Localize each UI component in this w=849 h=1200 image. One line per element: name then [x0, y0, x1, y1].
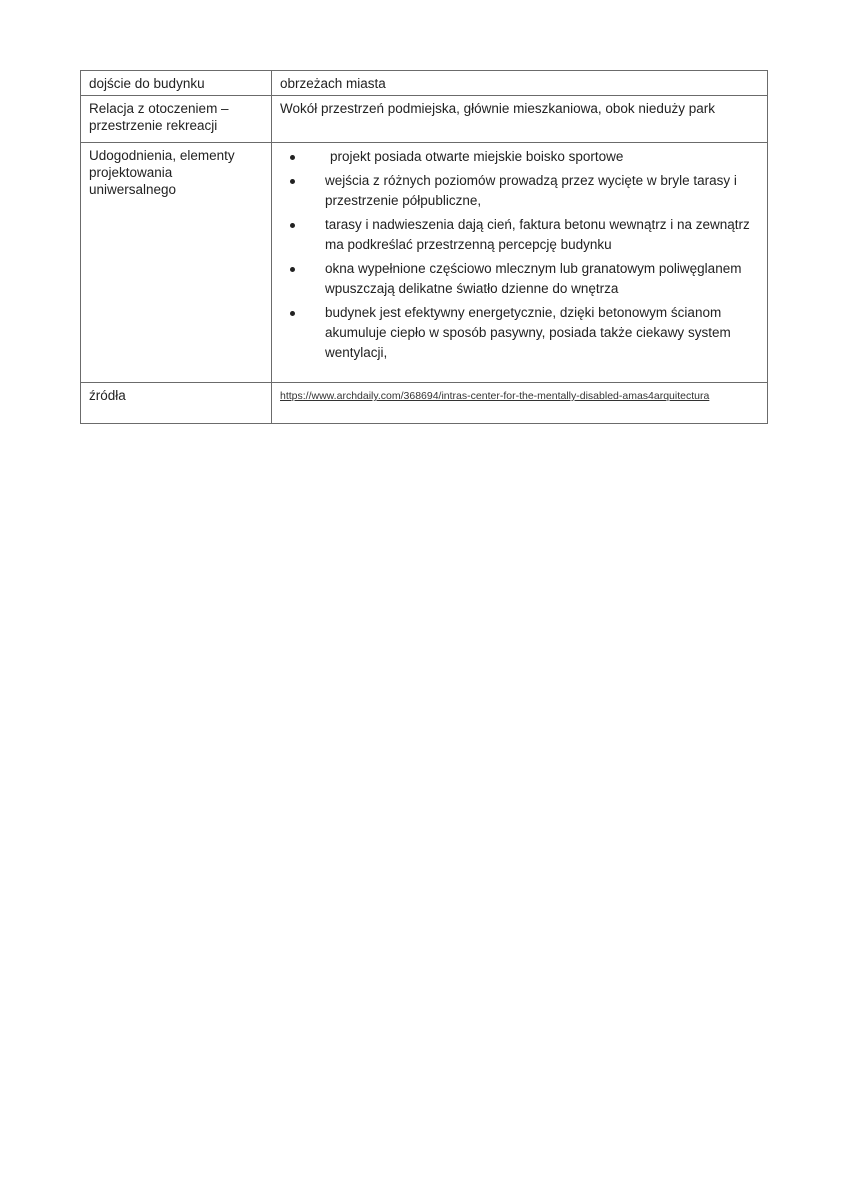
bullet-icon — [290, 267, 295, 272]
row-label: źródła — [81, 383, 272, 424]
source-link[interactable]: https://www.archdaily.com/368694/intras-… — [280, 387, 759, 404]
table-row: dojście do budynku obrzeżach miasta — [81, 71, 768, 96]
bullet-list: projekt posiada otwarte miejskie boisko … — [280, 147, 759, 363]
list-item: projekt posiada otwarte miejskie boisko … — [280, 147, 759, 167]
bullet-icon — [290, 179, 295, 184]
table-row: źródła https://www.archdaily.com/368694/… — [81, 383, 768, 424]
bullet-icon — [290, 155, 295, 160]
row-value: Wokół przestrzeń podmiejska, głównie mie… — [272, 96, 768, 143]
info-table: dojście do budynku obrzeżach miasta Rela… — [80, 70, 768, 424]
table-row: Relacja z otoczeniem – przestrzenie rekr… — [81, 96, 768, 143]
row-value: obrzeżach miasta — [272, 71, 768, 96]
list-item: wejścia z różnych poziomów prowadzą prze… — [280, 171, 759, 211]
row-label: dojście do budynku — [81, 71, 272, 96]
bullet-icon — [290, 311, 295, 316]
row-label: Relacja z otoczeniem – przestrzenie rekr… — [81, 96, 272, 143]
list-item: budynek jest efektywny energetycznie, dz… — [280, 303, 759, 363]
list-item: okna wypełnione częściowo mlecznym lub g… — [280, 259, 759, 299]
list-item: tarasy i nadwieszenia dają cień, faktura… — [280, 215, 759, 255]
row-value: https://www.archdaily.com/368694/intras-… — [272, 383, 768, 424]
row-label: Udogodnienia, elementy projektowania uni… — [81, 143, 272, 383]
bullet-icon — [290, 223, 295, 228]
table-row: Udogodnienia, elementy projektowania uni… — [81, 143, 768, 383]
row-value: projekt posiada otwarte miejskie boisko … — [272, 143, 768, 383]
